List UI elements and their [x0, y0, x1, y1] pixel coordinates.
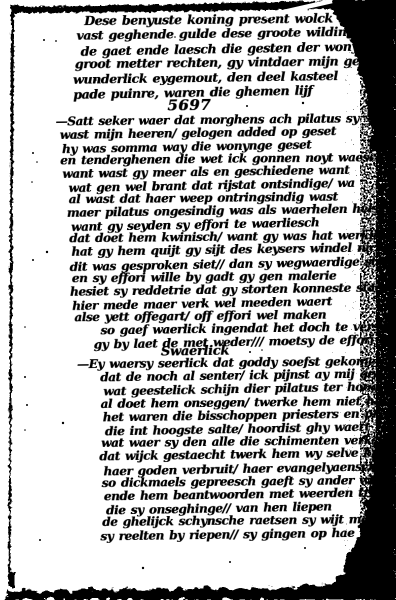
paragraph-middle: —Satt seker waer dat morghens ach pilatu…: [0, 111, 396, 351]
paragraph-closing: —Ey waersy seerlick dat goddy soefst gek…: [1, 354, 396, 544]
manuscript-line: en sy effori wille by gadt gy gen maleri…: [72, 268, 396, 284]
paragraph-opening: Dese benyuste koning present wolck te ri…: [0, 10, 393, 102]
manuscript-line: al doet hem onseggen/ twerke hem niet ha…: [100, 394, 396, 410]
manuscript-text-block: Dese benyuste koning present wolck te ri…: [0, 0, 396, 600]
manuscript-line: so dickmaels gepreesch gaeft sy ander wa…: [101, 474, 396, 490]
manuscript-scan-page: Dese benyuste koning present wolck te ri…: [0, 0, 396, 600]
manuscript-line: pade puinre, waren die ghemen lijf: [73, 82, 393, 102]
heading-number: 5697: [167, 96, 211, 115]
